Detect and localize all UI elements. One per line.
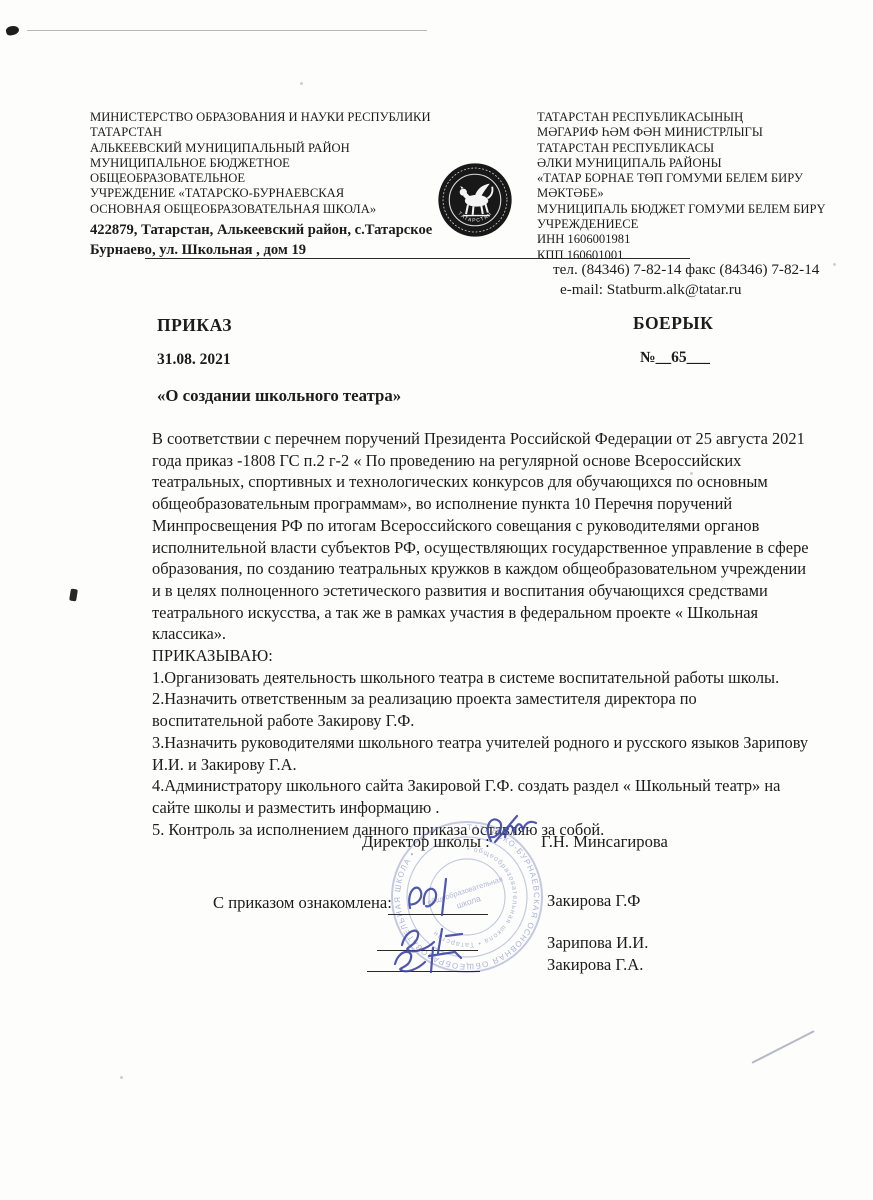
org-line: МУНИЦИПАЛЬ БЮДЖЕТ ГОМУМИ БЕЛЕМ БИРҮ [537,202,867,217]
scan-speck [833,263,836,266]
org-line: МИНИСТЕРСТВО ОБРАЗОВАНИЯ И НАУКИ РЕСПУБЛ… [90,110,462,125]
acknowledged-name: Закирова Г.Ф [547,891,640,911]
director-signature [481,811,543,851]
org-line: УЧРЕЖДЕНИЕСЕ [537,217,867,232]
acknowledged-signature-1 [398,876,470,918]
scan-artifact-diagonal-scratch [751,1030,814,1063]
scan-speck [300,82,303,85]
scan-artifact-corner-mark [5,25,20,37]
org-line: УЧРЕЖДЕНИЕ «ТАТАРСКО-БУРНАЕВСКАЯ [90,186,462,201]
director-name: Г.Н. Минсагирова [541,832,668,852]
order-item: 2.Назначить ответственным за реализацию … [152,688,810,731]
org-line: ОСНОВНАЯ ОБЩЕОБРАЗОВАТЕЛЬНАЯ ШКОЛА» [90,202,462,217]
phone-fax-line: тел. (84346) 7-82-14 факс (84346) 7-82-1… [553,261,819,279]
org-line: АЛЬКЕЕВСКИЙ МУНИЦИПАЛЬНЫЙ РАЙОН [90,141,462,156]
order-title-russian: ПРИКАЗ [157,315,232,336]
scan-artifact-top-line [27,30,427,31]
org-header-russian: МИНИСТЕРСТВО ОБРАЗОВАНИЯ И НАУКИ РЕСПУБЛ… [90,110,462,260]
order-subject: «О создании школьного театра» [157,386,401,406]
scan-speck [120,1076,123,1079]
org-line: ТАТАРСТАН РЕСПУБЛИКАСЫНЫҢ [537,110,867,125]
order-body-paragraph: В соответствии с перечнем поручений През… [152,428,810,645]
acknowledged-name: Зарипова И.И. [547,933,648,953]
scan-artifact-margin-blob [69,589,78,602]
header-separator-line [145,258,690,259]
acknowledged-label: С приказом ознакомлена: [213,893,392,913]
org-line: МӘГАРИФ ҺӘМ ФӘН МИНИСТРЛЫГЫ [537,125,867,140]
acknowledged-name: Закирова Г.А. [547,955,643,975]
order-item: 3.Назначить руководителями школьного теа… [152,732,810,775]
order-item: 1.Организовать деятельность школьного те… [152,667,810,689]
org-line: ОБЩЕОБРАЗОВАТЕЛЬНОЕ [90,171,462,186]
order-date: 31.08. 2021 [157,351,231,369]
org-line: ТАТАРСТАН РЕСПУБЛИКАСЫ [537,141,867,156]
org-line: ТАТАРСТАН [90,125,462,140]
scanned-order-document: МИНИСТЕРСТВО ОБРАЗОВАНИЯ И НАУКИ РЕСПУБЛ… [0,0,873,1200]
order-directive: ПРИКАЗЫВАЮ: [152,645,810,667]
tatarstan-coat-of-arms-icon: ТАТАРСТАН [436,161,514,239]
org-address-line: 422879, Татарстан, Алькеевский район, с.… [90,220,462,240]
order-number: №__65___ [640,349,710,367]
org-line: МУНИЦИПАЛЬНОЕ БЮДЖЕТНОЕ [90,156,462,171]
order-body: В соответствии с перечнем поручений През… [152,428,810,840]
email-line: e-mail: Statburm.alk@tatar.ru [560,281,741,299]
org-header-tatar: ТАТАРСТАН РЕСПУБЛИКАСЫНЫҢ МӘГАРИФ ҺӘМ ФӘ… [537,110,867,263]
acknowledged-signature-3 [387,944,477,974]
org-inn-line: ИНН 1606001981 [537,232,867,247]
org-line: ӘЛКИ МУНИЦИПАЛЬ РАЙОНЫ [537,156,867,171]
org-line: «ТАТАР БОРНАЕ ТӨП ГОМУМИ БЕЛЕМ БИРУ МӘКТ… [537,171,867,202]
director-label: Директор школы : [362,832,490,852]
order-title-tatar: БОЕРЫК [633,313,713,334]
